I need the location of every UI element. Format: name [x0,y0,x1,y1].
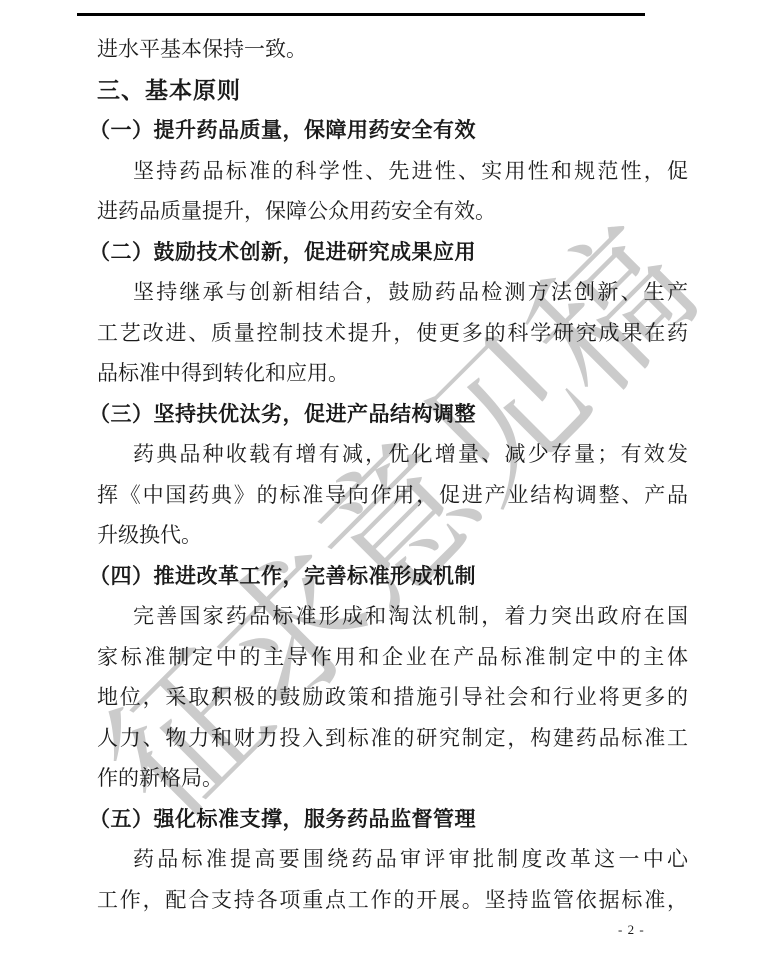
heading-line: （二）鼓励技术创新，促进研究成果应用 [89,232,688,273]
page-number: - 2 - [618,922,668,938]
text-line: 工作，配合支持各项重点工作的开展。坚持监管依据标准， [97,880,688,921]
heading-line: （四）推进改革工作，完善标准形成机制 [89,556,688,597]
text-line: 药典品种收载有增有减，优化增量、减少存量；有效发 [97,434,688,475]
text-line: 药品标准提高要围绕药品审评审批制度改革这一中心 [97,839,688,880]
heading-line: （五）强化标准支撑，服务药品监督管理 [89,799,688,840]
heading-line: （三）坚持扶优汰劣，促进产品结构调整 [89,394,688,435]
document-page: 征求意见稿 进水平基本保持一致。三、基本原则（一）提升药品质量，保障用药安全有效… [0,0,757,963]
top-border-rule [77,13,645,16]
heading-line: 三、基本原则 [97,70,688,111]
text-line: 地位，采取积极的鼓励政策和措施引导社会和行业将更多的 [97,677,688,718]
text-line: 坚持药品标准的科学性、先进性、实用性和规范性，促 [97,151,688,192]
heading-line: （一）提升药品质量，保障用药安全有效 [89,110,688,151]
text-line: 工艺改进、质量控制技术提升，使更多的科学研究成果在药 [97,313,688,354]
text-line: 人力、物力和财力投入到标准的研究制定，构建药品标准工 [97,718,688,759]
text-line: 完善国家药品标准形成和淘汰机制，着力突出政府在国 [97,596,688,637]
text-line: 品标准中得到转化和应用。 [97,353,688,394]
text-line: 坚持继承与创新相结合，鼓励药品检测方法创新、生产 [97,272,688,313]
text-line: 升级换代。 [97,515,688,556]
text-line: 挥《中国药典》的标准导向作用，促进产业结构调整、产品 [97,475,688,516]
document-text-block: 进水平基本保持一致。三、基本原则（一）提升药品质量，保障用药安全有效坚持药品标准… [97,29,688,920]
text-line: 进水平基本保持一致。 [97,29,688,70]
text-line: 进药品质量提升，保障公众用药安全有效。 [97,191,688,232]
text-line: 家标准制定中的主导作用和企业在产品标准制定中的主体 [97,637,688,678]
text-line: 作的新格局。 [97,758,688,799]
